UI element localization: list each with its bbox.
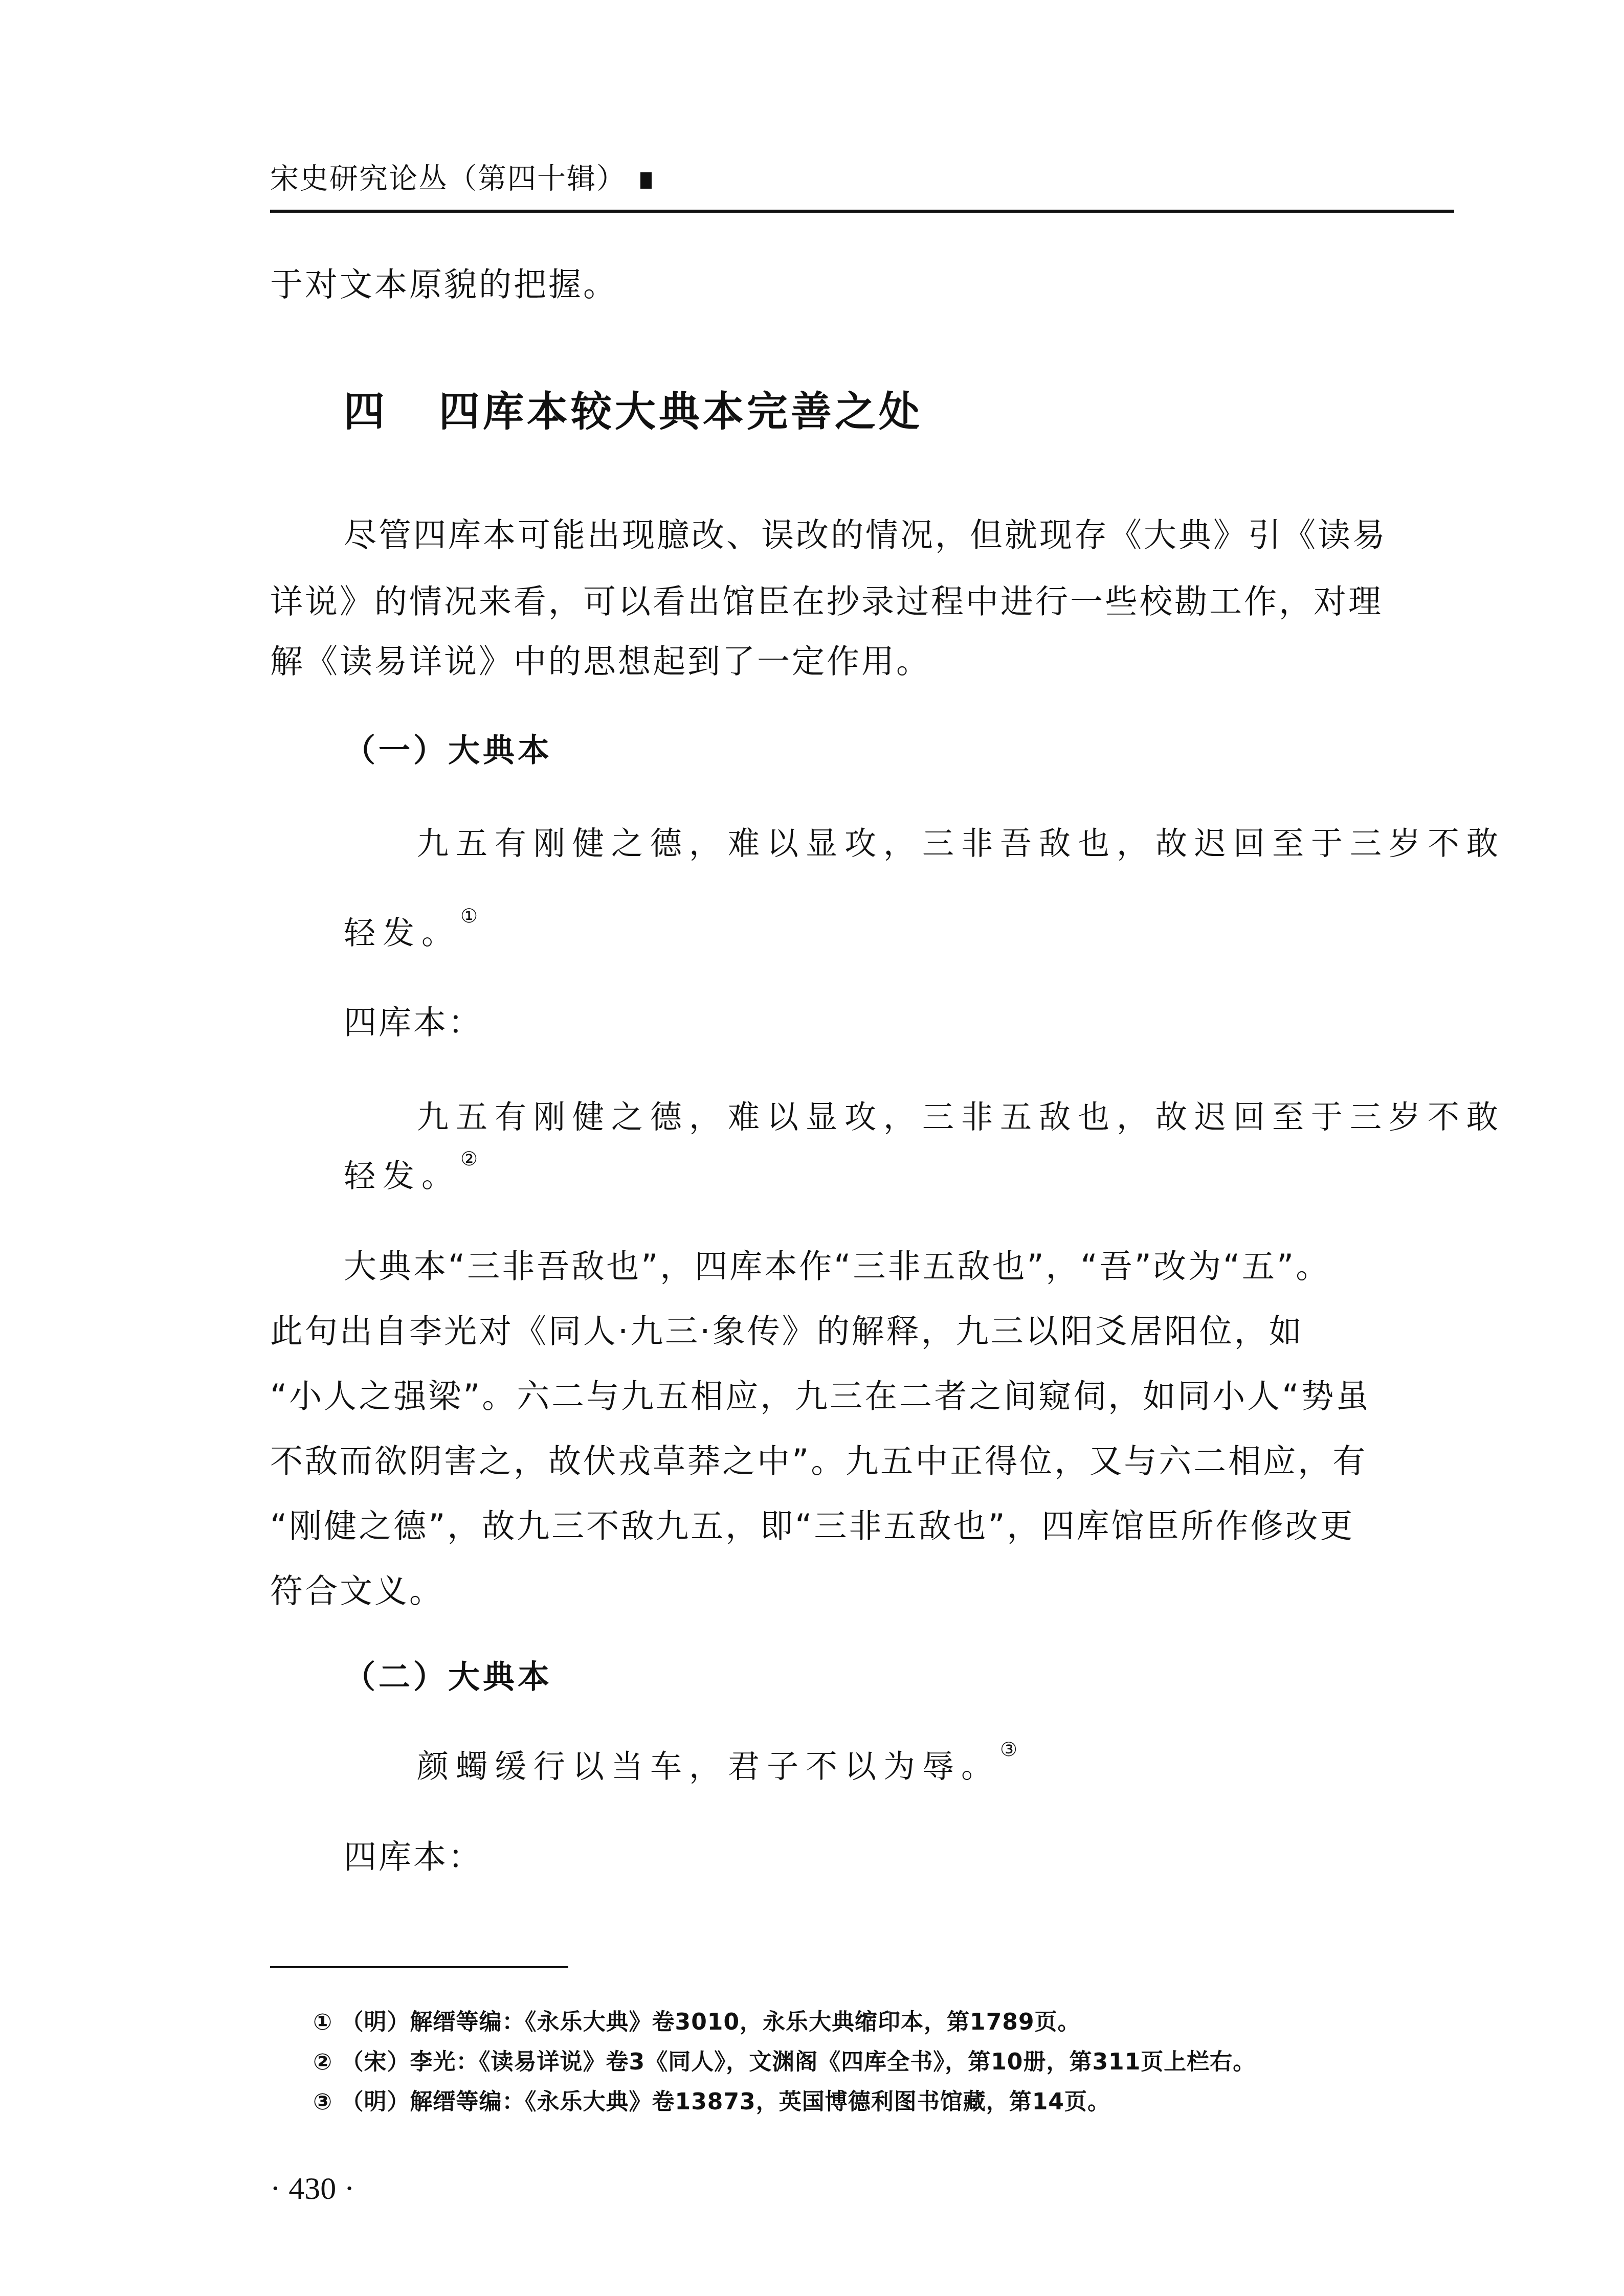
footnote-1: ① （明）解缙等编：《永乐大典》卷3010，永乐大典缩印本，第1789页。 <box>313 2004 1081 2036</box>
paragraph-line: 尽管四库本可能出现臆改、误改的情况，但就现存《大典》引《读易 <box>344 509 1387 556</box>
continuation-text: 于对文本原貌的把握。 <box>270 258 618 305</box>
footnote-rule <box>270 1966 568 1968</box>
footnote-mark: ③ <box>313 2089 332 2115</box>
section-heading: 四四库本较大典本完善之处 <box>344 378 923 437</box>
footnote-mark: ① <box>313 2009 332 2035</box>
quote-line: 九五有刚健之德，难以显攻，三非吾敌也，故迟回至于三岁不敢 <box>417 818 1505 864</box>
footnote-ref-3[interactable]: ③ <box>1000 1738 1017 1761</box>
section-number: 四 <box>344 388 388 435</box>
paragraph-line: “小人之强梁”。六二与九五相应，九三在二者之间窥伺，如同小人“势虽 <box>270 1370 1370 1417</box>
paragraph-line: 解《读易详说》中的思想起到了一定作用。 <box>270 635 931 682</box>
quote-line: 颜蠋缓行以当车，君子不以为辱。③ <box>417 1741 1017 1787</box>
footnote-2: ② （宋）李光：《读易详说》卷3《同人》，文渊阁《四库全书》，第10册，第311… <box>313 2043 1256 2076</box>
paragraph-line: 不敌而欲阴害之，故伏戎草莽之中”。九五中正得位，又与六二相应，有 <box>270 1435 1367 1482</box>
footnote-text: （明）解缙等编：《永乐大典》卷3010，永乐大典缩印本，第1789页。 <box>341 2009 1081 2035</box>
paragraph-line: 此句出自李光对《同人·九三·象传》的解释，九三以阳爻居阳位，如 <box>270 1305 1304 1352</box>
paragraph-line: 详说》的情况来看，可以看出馆臣在抄录过程中进行一些校勘工作，对理 <box>270 575 1383 622</box>
siku-label: 四库本： <box>344 1831 483 1878</box>
paragraph-line: “刚健之德”，故九三不敌九五，即“三非五敌也”，四库馆臣所作修改更 <box>270 1500 1355 1547</box>
footnote-text: （宋）李光：《读易详说》卷3《同人》，文渊阁《四库全书》，第10册，第311页上… <box>341 2049 1256 2075</box>
footnote-ref-1[interactable]: ① <box>460 905 478 927</box>
footnote-ref-2[interactable]: ② <box>460 1147 478 1170</box>
quote-line: 轻发。② <box>344 1151 478 1196</box>
example-label: （一）大典本 <box>344 725 552 771</box>
section-title: 四库本较大典本完善之处 <box>439 388 923 435</box>
quote-line: 九五有刚健之德，难以显攻，三非五敌也，故迟回至于三岁不敢 <box>417 1092 1505 1137</box>
siku-label: 四库本： <box>344 996 483 1043</box>
paragraph-line: 大典本“三非吾敌也”，四库本作“三非五敌也”，“吾”改为“五”。 <box>344 1240 1330 1287</box>
footnote-text: （明）解缙等编：《永乐大典》卷13873，英国博德利图书馆藏，第14页。 <box>341 2089 1110 2115</box>
footnote-3: ③ （明）解缙等编：《永乐大典》卷13873，英国博德利图书馆藏，第14页。 <box>313 2083 1110 2116</box>
header-square-icon <box>640 172 652 189</box>
paragraph-line: 符合文义。 <box>270 1565 444 1612</box>
page-number: · 430 · <box>270 2171 354 2207</box>
running-title: 宋史研究论丛（第四十辑） <box>270 162 626 195</box>
footnote-mark: ② <box>313 2049 332 2075</box>
example-label: （二）大典本 <box>344 1652 552 1697</box>
quote-line: 轻发。① <box>344 908 478 953</box>
running-header: 宋史研究论丛（第四十辑） <box>270 156 652 197</box>
header-rule <box>270 210 1454 213</box>
